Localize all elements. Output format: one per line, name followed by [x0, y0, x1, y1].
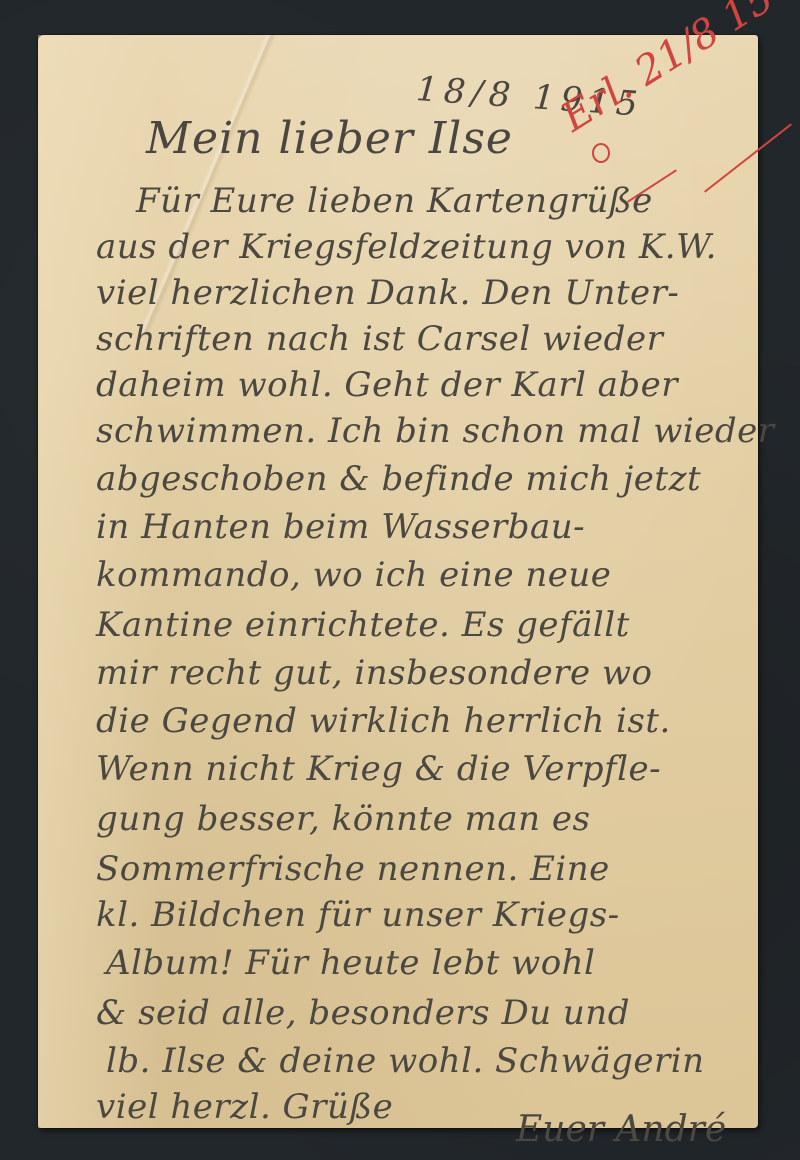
postcard: 18/8 1915 Erl. 21/8 15 Mein lieber Ilse …	[38, 35, 758, 1128]
body-line: Kantine einrichtete. Es gefällt	[96, 605, 630, 645]
body-line: die Gegend wirklich herrlich ist.	[96, 701, 671, 741]
body-line: & seid alle, besonders Du und	[96, 993, 630, 1033]
body-line: lb. Ilse & deine wohl. Schwägerin	[106, 1041, 705, 1081]
body-line: kl. Bildchen für unser Kriegs-	[96, 895, 620, 935]
body-line: kommando, wo ich eine neue	[96, 555, 611, 595]
body-line: mir recht gut, insbesondere wo	[96, 653, 652, 693]
signature: Euer André	[516, 1109, 726, 1150]
body-line: in Hanten beim Wasserbau-	[96, 507, 585, 547]
body-line: viel herzl. Grüße	[96, 1087, 393, 1127]
body-line: schriften nach ist Carsel wieder	[96, 319, 663, 359]
salutation: Mein lieber Ilse	[146, 113, 513, 164]
body-line: schwimmen. Ich bin schon mal wieder	[96, 411, 775, 451]
red-circle-mark	[592, 143, 610, 163]
body-line: Für Eure lieben Kartengrüße	[136, 181, 653, 221]
body-line: gung besser, könnte man es	[96, 799, 590, 839]
body-line: Wenn nicht Krieg & die Verpfle-	[96, 749, 661, 789]
body-line: Album! Für heute lebt wohl	[106, 943, 595, 983]
body-line: aus der Kriegsfeldzeitung von K.W.	[96, 227, 717, 267]
body-line: daheim wohl. Geht der Karl aber	[96, 365, 678, 405]
body-line: abgeschoben & befinde mich jetzt	[96, 459, 701, 499]
body-line: viel herzlichen Dank. Den Unter-	[96, 273, 679, 313]
body-line: Sommerfrische nennen. Eine	[96, 849, 610, 889]
